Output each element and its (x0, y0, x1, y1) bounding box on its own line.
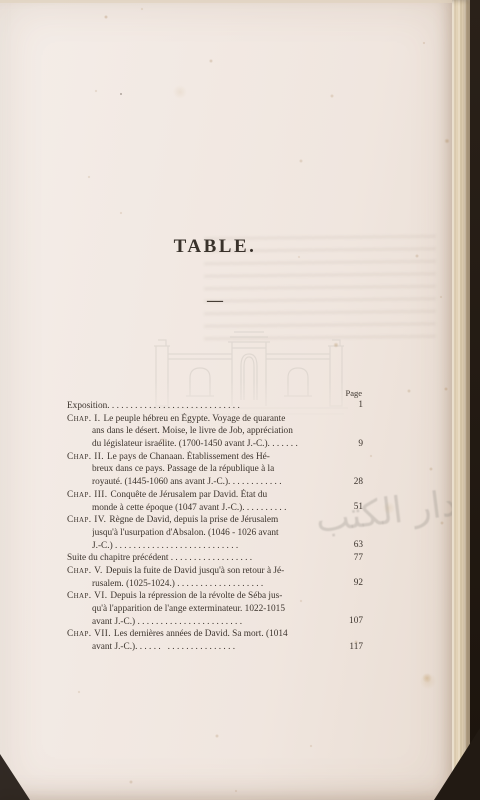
toc-line: Chap. VII.Les dernières années de David.… (67, 628, 329, 641)
toc-page-number: 1 (358, 399, 363, 412)
toc-text: avant J.-C.). . . . . . . . . . . . . . … (92, 642, 235, 652)
toc-entry-chap-6: Chap. VI.Depuis la répression de la révo… (67, 590, 363, 628)
toc-line: Exposition. . . . . . . . . . . . . . . … (67, 400, 329, 413)
toc-line: breux dans ce pays. Passage de la républ… (92, 463, 329, 476)
toc-line: rusalem. (1025-1024.) . . . . . . . . . … (92, 578, 329, 591)
toc-line: Chap. IV.Règne de David, depuis la prise… (67, 514, 329, 527)
toc-text: Règne de David, depuis la prise de Jérus… (109, 515, 278, 525)
book-page: دار الكتب TABLE. — Page Exposition. . . … (0, 0, 452, 800)
toc-line: Chap. VI.Depuis la répression de la révo… (67, 590, 329, 603)
toc-line: avant J.-C.) . . . . . . . . . . . . . .… (92, 616, 329, 629)
toc-page-number: 77 (354, 552, 363, 565)
chapter-label: Chap. I. (67, 414, 100, 424)
toc-page-number: 51 (354, 501, 363, 514)
toc-text: Le peuple hébreu en Égypte. Voyage de qu… (103, 414, 285, 424)
toc-line: avant J.-C.). . . . . . . . . . . . . . … (92, 641, 329, 654)
toc-text: Les dernières années de David. Sa mort. … (114, 629, 288, 639)
toc-text: monde à cette époque (1047 avant J.-C.).… (92, 503, 286, 513)
toc-line: Chap. III.Conquête de Jérusalem par Davi… (67, 489, 329, 502)
toc-line: monde à cette époque (1047 avant J.-C.).… (92, 502, 329, 515)
toc-page-number: 9 (358, 438, 363, 451)
toc-text: Depuis la fuite de David jusqu'à son ret… (106, 566, 285, 576)
chapter-label: Chap. V. (67, 566, 103, 576)
toc-text: Suite du chapitre précédent . . . . . . … (67, 553, 252, 563)
toc-entry-chap-1: Chap. I.Le peuple hébreu en Égypte. Voya… (67, 413, 363, 451)
chapter-label: Chap. VI. (67, 591, 107, 601)
toc-line: royauté. (1445-1060 ans avant J.-C.). . … (92, 476, 329, 489)
toc-page-number: 117 (349, 641, 363, 654)
toc-text: rusalem. (1025-1024.) . . . . . . . . . … (92, 579, 263, 589)
toc-text: breux dans ce pays. Passage de la républ… (92, 464, 274, 474)
toc-page-number: 63 (354, 539, 363, 552)
toc-line: du législateur israélite. (1700-1450 ava… (92, 438, 329, 451)
toc-page-number: 28 (354, 476, 363, 489)
toc-entry-exposition: Exposition. . . . . . . . . . . . . . . … (67, 400, 363, 413)
toc-text: avant J.-C.) . . . . . . . . . . . . . .… (92, 617, 242, 627)
toc-line: jusqu'à l'usurpation d'Absalon. (1046 - … (92, 527, 329, 540)
toc-text: Le pays de Chanaan. Établissement des Hé… (107, 452, 270, 462)
toc-entry-chap-3: Chap. III.Conquête de Jérusalem par Davi… (67, 489, 363, 514)
toc-entry-chap-7: Chap. VII.Les dernières années de David.… (67, 628, 363, 653)
toc-entry-chap-4: Chap. IV.Règne de David, depuis la prise… (67, 514, 363, 552)
toc-line: ans dans le désert. Moise, le livre de J… (92, 425, 329, 438)
toc-text: du législateur israélite. (1700-1450 ava… (92, 439, 298, 449)
toc-text: royauté. (1445-1060 ans avant J.-C.). . … (92, 477, 282, 487)
toc-line: Chap. I.Le peuple hébreu en Égypte. Voya… (67, 413, 329, 426)
section-divider: — (67, 292, 363, 310)
toc-text: ans dans le désert. Moise, le livre de J… (92, 426, 293, 436)
chapter-label: Chap. IV. (67, 515, 106, 525)
page-title: TABLE. (67, 236, 363, 258)
page-top-edge (0, 0, 452, 3)
toc-text: Depuis la répression de la révolte de Sé… (110, 591, 282, 601)
toc-entry-chap-2: Chap. II.Le pays de Chanaan. Établisseme… (67, 451, 363, 489)
chapter-label: Chap. II. (67, 452, 104, 462)
toc-line: Chap. V.Depuis la fuite de David jusqu'à… (67, 565, 329, 578)
page-column-header: Page (67, 387, 363, 400)
chapter-label: Chap. VII. (67, 629, 111, 639)
toc-entry-suite: Suite du chapitre précédent . . . . . . … (67, 552, 363, 565)
toc-line: qu'à l'apparition de l'ange exterminateu… (92, 603, 329, 616)
book-photo: دار الكتب TABLE. — Page Exposition. . . … (0, 0, 480, 800)
toc-line: J.-C.) . . . . . . . . . . . . . . . . .… (92, 540, 329, 553)
stacked-page-edges (452, 0, 470, 800)
toc-line: Chap. II.Le pays de Chanaan. Établisseme… (67, 451, 329, 464)
toc-entry-chap-5: Chap. V.Depuis la fuite de David jusqu'à… (67, 565, 363, 590)
contents-column: Page Exposition. . . . . . . . . . . . .… (67, 387, 363, 654)
chapter-label: Chap. III. (67, 490, 107, 500)
toc-text: jusqu'à l'usurpation d'Absalon. (1046 - … (92, 528, 279, 538)
table-of-contents: Exposition. . . . . . . . . . . . . . . … (67, 400, 363, 654)
toc-page-number: 92 (354, 577, 363, 590)
toc-text: qu'à l'apparition de l'ange exterminateu… (92, 604, 285, 614)
toc-line: Suite du chapitre précédent . . . . . . … (67, 552, 329, 565)
toc-page-number: 107 (349, 615, 363, 628)
toc-text: J.-C.) . . . . . . . . . . . . . . . . .… (92, 541, 238, 551)
toc-text: Exposition. . . . . . . . . . . . . . . … (67, 401, 240, 411)
toc-text: Conquête de Jérusalem par David. État du (110, 490, 267, 500)
